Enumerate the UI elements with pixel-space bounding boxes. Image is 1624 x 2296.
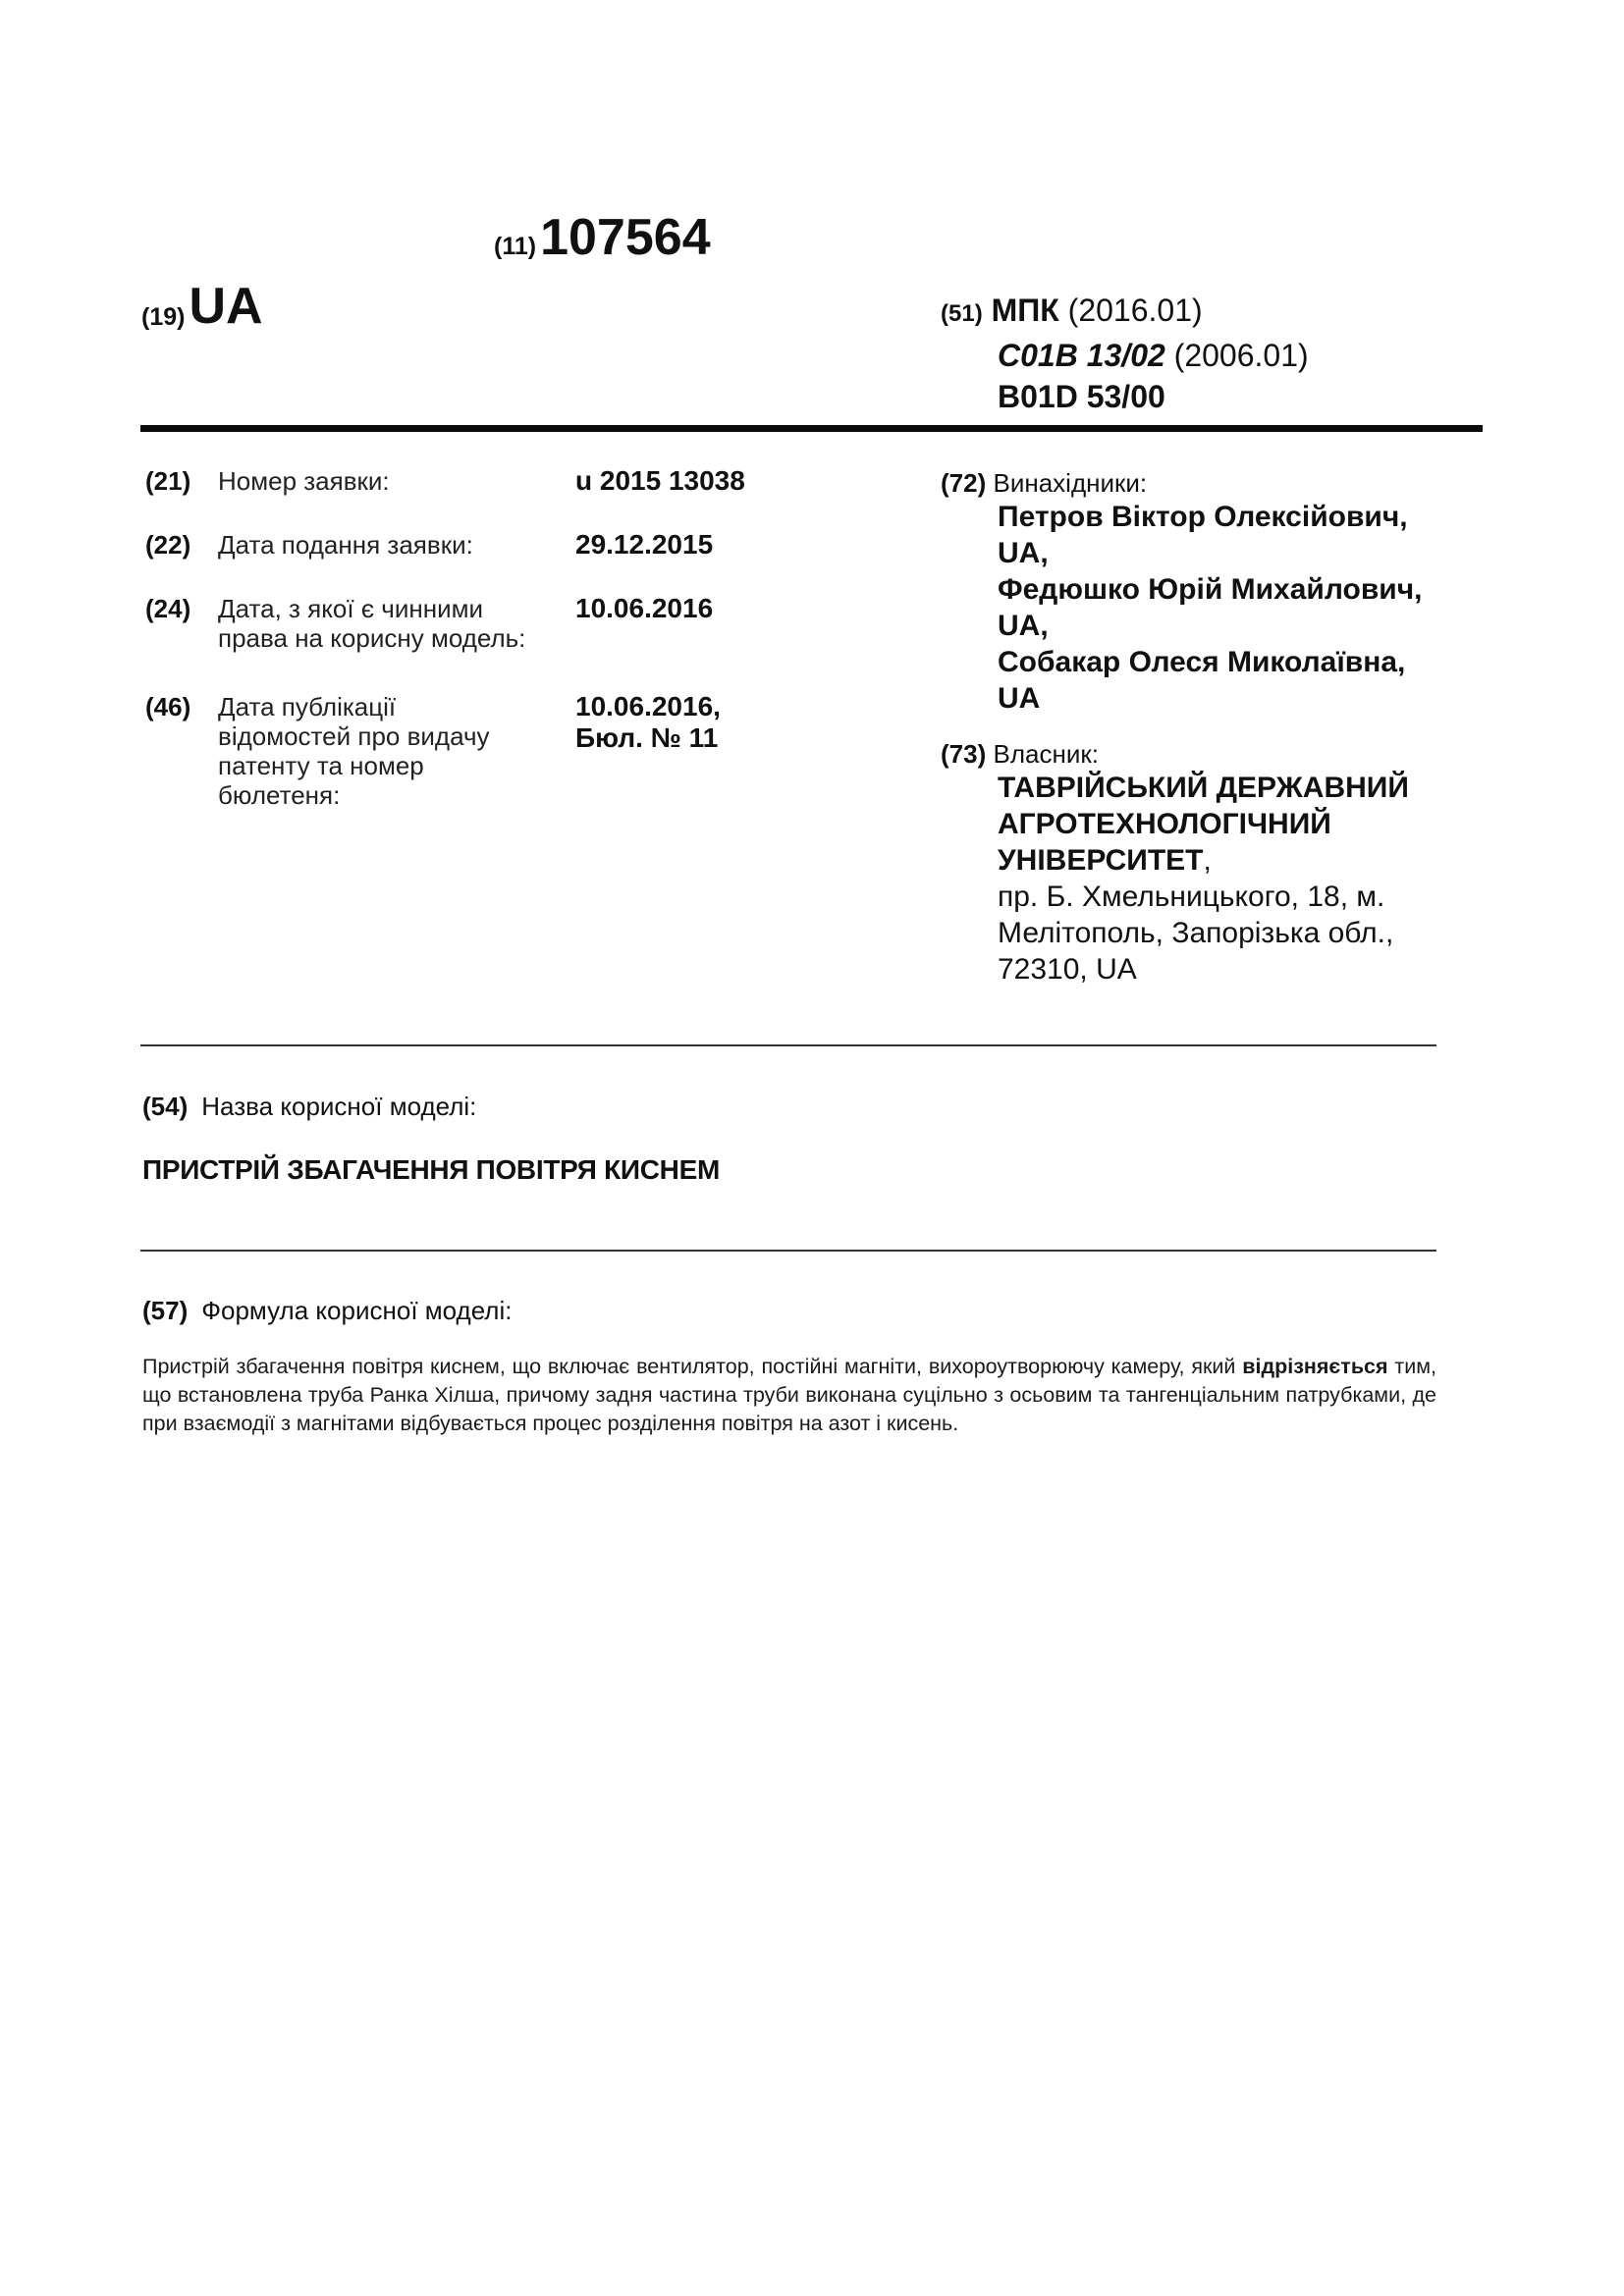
field-value: 10.06.2016 (575, 594, 713, 623)
inid-code: (57) (142, 1296, 188, 1325)
inid-code: (21) (145, 466, 190, 496)
field-label: Дата публікації відомостей про видачу па… (218, 692, 513, 810)
owner-block: (73) Власник: ТАВРІЙСЬКИЙ ДЕРЖАВНИЙ АГРО… (941, 738, 1409, 988)
ipc-class: C01B 13/02 (998, 338, 1165, 373)
ipc-version: (2016.01) (1068, 293, 1203, 328)
address-line: Мелітополь, Запорізька обл., (998, 915, 1409, 951)
ipc-classification: (51) МПК (2016.01) C01B 13/02 (2006.01) … (941, 290, 1309, 417)
claim-characterizing-word: відрізняється (1242, 1355, 1387, 1378)
field-label: Номер заявки: (218, 466, 571, 496)
owner-name-line: АГРОТЕХНОЛОГІЧНИЙ (998, 806, 1409, 842)
inid-code: (46) (145, 692, 190, 721)
claim-text: Пристрій збагачення повітря киснем, що в… (142, 1353, 1436, 1438)
inid-code: (54) (142, 1092, 188, 1121)
inventors-block: (72) Винахідники: Петров Віктор Олексійо… (941, 467, 1422, 717)
inid-code: (24) (145, 594, 190, 623)
patent-number: (11)107564 (494, 208, 711, 267)
punctuation: , (1204, 844, 1212, 877)
inventor-name: Петров Віктор Олексійович, (998, 499, 1422, 535)
inventors-list: Петров Віктор Олексійович, UA, Федюшко Ю… (998, 499, 1422, 717)
inventor-country: UA, (998, 608, 1422, 644)
owner-address: пр. Б. Хмельницького, 18, м. Мелітополь,… (998, 879, 1409, 988)
field-label: Дата подання заявки: (218, 530, 571, 560)
inventors-label: Винахідники: (993, 468, 1147, 498)
claims-section-heading: (57)Формула корисної моделі: (142, 1296, 512, 1326)
field-value: 10.06.2016, Бюл. № 11 (575, 692, 721, 753)
inid-code: (73) (941, 739, 986, 769)
owner-name-line: УНІВЕРСИТЕТ (998, 844, 1204, 877)
address-line: пр. Б. Хмельницького, 18, м. (998, 879, 1409, 915)
inid-code: (11) (494, 233, 536, 260)
address-line: 72310, UA (998, 951, 1409, 988)
section-divider (140, 1250, 1436, 1252)
ipc-class-version: (2006.01) (1174, 338, 1309, 373)
section-label: Формула корисної моделі: (201, 1296, 512, 1325)
ipc-class: B01D 53/00 (998, 379, 1165, 414)
inid-code: (72) (941, 468, 986, 498)
title-section-heading: (54)Назва корисної моделі: (142, 1092, 476, 1122)
header-divider (140, 425, 1483, 432)
inventor-name: Федюшко Юрій Михайлович, (998, 571, 1422, 608)
publication-date: 10.06.2016, (575, 692, 721, 721)
country-value: UA (189, 278, 262, 335)
utility-model-title: ПРИСТРІЙ ЗБАГАЧЕННЯ ПОВІТРЯ КИСНЕМ (142, 1154, 720, 1186)
section-label: Назва корисної моделі: (201, 1092, 476, 1121)
inid-code: (51) (941, 300, 983, 327)
field-value: 29.12.2015 (575, 530, 713, 560)
patent-number-value: 107564 (540, 209, 711, 266)
owner-name-line: ТАВРІЙСЬКИЙ ДЕРЖАВНИЙ (998, 770, 1409, 806)
section-divider (140, 1044, 1436, 1046)
inventor-name: Собакар Олеся Миколаївна, (998, 644, 1422, 680)
inid-code: (22) (145, 530, 190, 560)
claim-preamble: Пристрій збагачення повітря киснем, що в… (142, 1355, 1242, 1378)
inid-code: (19) (141, 303, 185, 331)
inventor-country: UA, (998, 535, 1422, 571)
ipc-label: МПК (992, 293, 1059, 328)
inventor-country: UA (998, 680, 1422, 717)
bulletin-number: Бюл. № 11 (575, 723, 721, 753)
field-value: u 2015 13038 (575, 466, 745, 496)
field-label: Дата, з якої є чинними права на корисну … (218, 594, 542, 653)
owner-label: Власник: (993, 739, 1098, 769)
country-code: (19)UA (141, 277, 263, 336)
owner-name: ТАВРІЙСЬКИЙ ДЕРЖАВНИЙ АГРОТЕХНОЛОГІЧНИЙ … (998, 770, 1409, 879)
